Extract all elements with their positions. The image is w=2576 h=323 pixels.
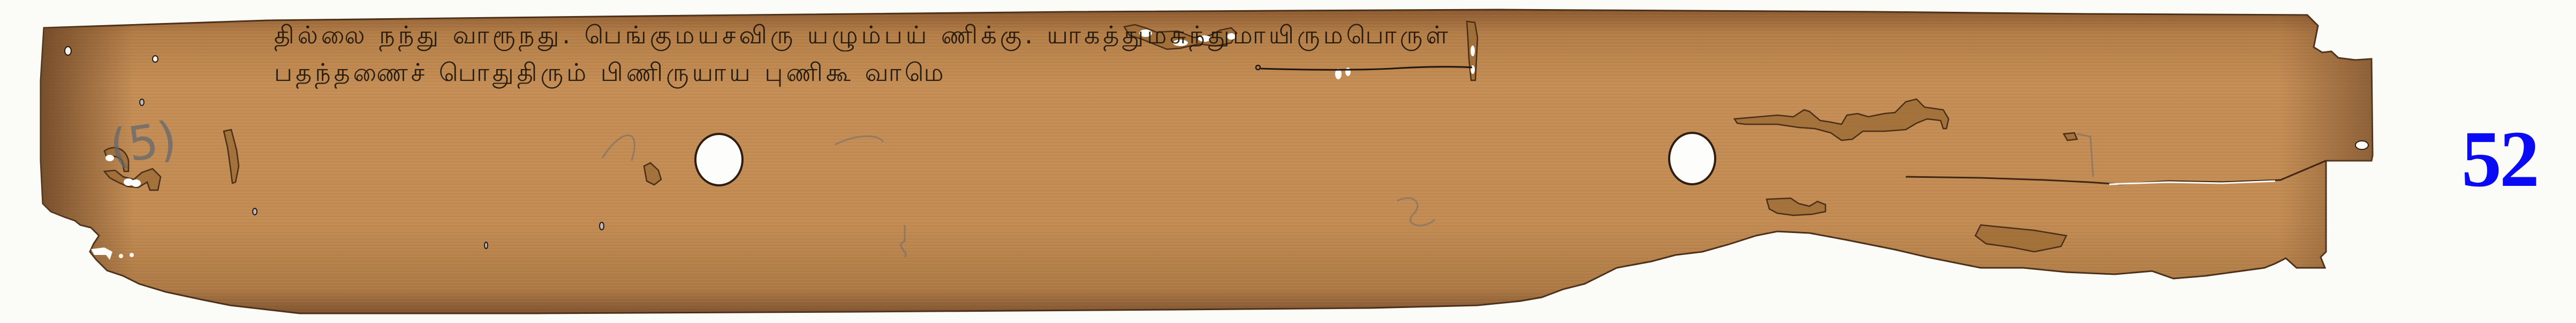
manuscript-text-line-2: பதந்தணைச் பொதுதிரும் பிணிருயாய புணிகூ வா… bbox=[274, 60, 1227, 85]
manuscript-scan: (5) தில்லை நந்து வாரூநது. பெங்குமயசவிரு … bbox=[0, 0, 2576, 323]
page-number: 52 bbox=[2461, 119, 2537, 199]
manuscript-text-line-1: தில்லை நந்து வாரூநது. பெங்குமயசவிரு யழும… bbox=[274, 22, 2137, 47]
margin-folio-note: (5) bbox=[106, 111, 180, 175]
binding-hole-left bbox=[695, 134, 743, 185]
binding-hole-right bbox=[1669, 133, 1715, 184]
